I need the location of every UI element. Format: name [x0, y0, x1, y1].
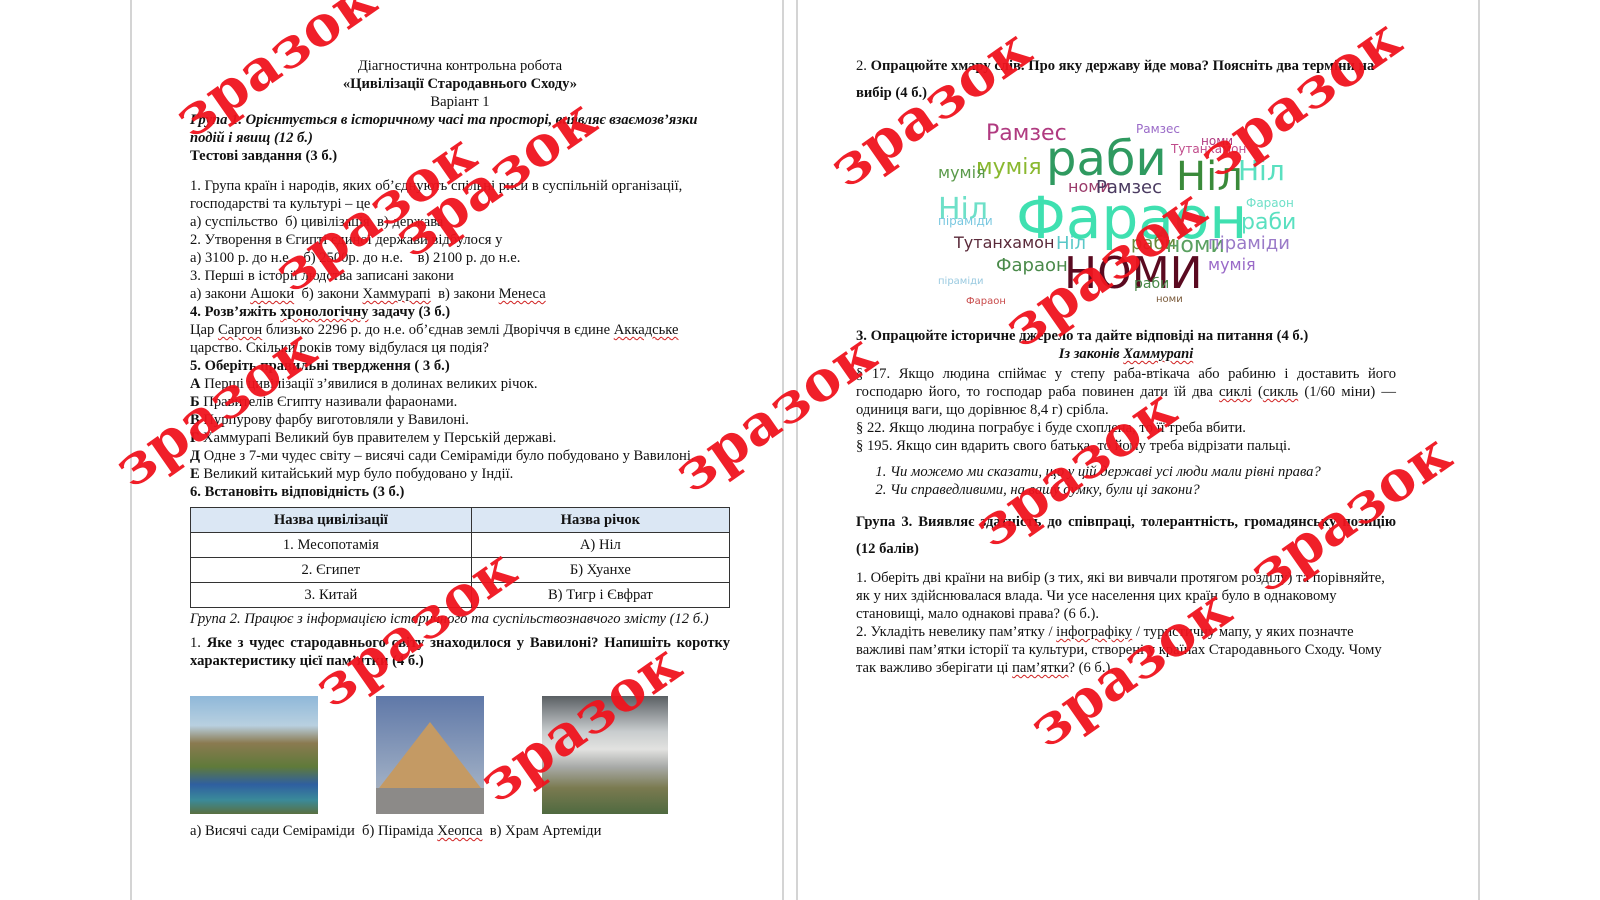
word-cloud-word: Ніл	[1238, 157, 1285, 185]
q4-text-a: Цар	[190, 322, 218, 338]
word-cloud-word: мумія	[976, 157, 1042, 179]
q4-text-b: близько 2296 р. до н.е. об’єднав землі Д…	[262, 322, 614, 338]
statement-text: Одне з 7-ми чудес світу – висячі сади Се…	[200, 448, 695, 464]
word-cloud-word: Ніл	[1056, 235, 1086, 253]
q3-option-b: Хаммурапі	[363, 286, 431, 302]
g3-q2-a: 2. Укладіть невелику пам’ятку /	[856, 624, 1056, 640]
g3-q2-c: ? (6 б.).	[1069, 660, 1115, 676]
law-17: § 17. Якщо людина спіймає у степу раба-в…	[856, 365, 1396, 419]
q3-text: 3. Перші в історії людства записані зако…	[190, 267, 730, 285]
wonders-images	[190, 696, 730, 816]
word-cloud-word: піраміди	[938, 277, 984, 287]
doc-variant: Варіант 1	[190, 93, 730, 111]
statement-letter: В	[190, 412, 200, 428]
q4-word-sargon: Саргон	[218, 322, 262, 338]
q4-text-c: царство. Скільки років тому відбулася ця…	[190, 340, 489, 356]
table-cell: А) Ніл	[471, 533, 729, 558]
doc-title-line1: Діагностична контрольна робота	[190, 57, 730, 75]
table-row: 2. Єгипет Б) Хуанхе	[191, 558, 730, 583]
table-header-civilization: Назва цивілізації	[191, 508, 472, 533]
g3-q1: 1. Оберіть дві країни на вибір (з тих, я…	[856, 569, 1396, 623]
q5-statement: Д Одне з 7-ми чудес світу – висячі сади …	[190, 447, 730, 465]
p2-q2-num: 2.	[856, 58, 871, 74]
source-title-prefix: Із законів	[1059, 346, 1123, 362]
q5-statement: Б Правителів Єгипту називали фараонами.	[190, 393, 730, 411]
law-22: § 22. Якщо людина пограбує і буде схопле…	[856, 419, 1396, 437]
statement-text: Пурпурову фарбу виготовляли у Вавилоні.	[200, 412, 469, 428]
q2-text: 2. Утворення в Єгипті єдиної держави від…	[190, 231, 730, 249]
word-cloud-word: раби	[1134, 277, 1169, 291]
statement-text: Великий китайський мур було побудовано у…	[200, 466, 514, 482]
word-cloud-word: Фараон	[966, 297, 1006, 307]
q4-text: Цар Саргон близько 2296 р. до н.е. об’єд…	[190, 321, 730, 357]
g3-q2: 2. Укладіть невелику пам’ятку / інфограф…	[856, 623, 1396, 677]
p2-q3-heading: 3. Опрацюйте історичне джерело та дайте …	[856, 327, 1396, 345]
group3-heading: Група 3. Виявляє здатність до співпраці,…	[856, 509, 1396, 563]
table-header-rivers: Назва річок	[471, 508, 729, 533]
statement-letter: Б	[190, 394, 200, 410]
word-cloud-word: Тутанхамон	[954, 235, 1054, 251]
table-row: 1. Месопотамія А) Ніл	[191, 533, 730, 558]
statement-text: Перші цивілізації з’явилися в долинах ве…	[201, 376, 538, 392]
source-title: Із законів Хаммурапі	[856, 345, 1396, 363]
images-captions: а) Висячі сади Семіраміди б) Піраміда Хе…	[190, 822, 730, 840]
law17-b: (	[1252, 384, 1263, 400]
table-cell: 2. Єгипет	[191, 558, 472, 583]
law17-word1: сиклі	[1219, 384, 1252, 400]
q4-heading-prefix: 4. Розв’яжіть	[190, 304, 280, 320]
q1-options: а) суспільство б) цивілізація в) держава	[190, 213, 730, 231]
q3-options: а) закони Ашоки б) закони Хаммурапі в) з…	[190, 285, 730, 303]
q3-option-c: Менеса	[499, 286, 546, 302]
q5-heading: 5. Оберіть правильні твердження ( 3 б.)	[190, 357, 730, 375]
q5-statements: А Перші цивілізації з’явилися в долинах …	[190, 375, 730, 483]
word-cloud-word: Ніл	[1176, 157, 1243, 197]
caption-b: в) Храм Артеміди	[482, 823, 601, 839]
q2-options: а) 3100 р. до н.е. б) 2500р. до н.е. в) …	[190, 249, 730, 267]
word-cloud-word: мумія	[1208, 257, 1256, 273]
q5-statement: В Пурпурову фарбу виготовляли у Вавилоні…	[190, 411, 730, 429]
word-cloud-word: піраміди	[1208, 235, 1290, 253]
source-title-hammurabi: Хаммурапі	[1123, 346, 1193, 362]
hanging-gardens-image	[190, 696, 318, 814]
word-cloud-word: мумія	[938, 165, 986, 181]
caption-a: а) Висячі сади Семіраміди б) Піраміда	[190, 823, 437, 839]
g2-q1: 1. Яке з чудес стародавнього світу знахо…	[190, 634, 730, 670]
word-cloud-word: раби	[1241, 212, 1296, 234]
statement-text: Правителів Єгипту називали фараонами.	[200, 394, 458, 410]
table-cell: 1. Месопотамія	[191, 533, 472, 558]
q5-statement: Г Хаммурапі Великий був правителем у Пер…	[190, 429, 730, 447]
page-2-content: 2. Опрацюйте хмару слів. Про яку державу…	[856, 53, 1396, 677]
tests-heading: Тестові завдання (3 б.)	[190, 147, 730, 165]
word-cloud-word: Рамзес	[1096, 179, 1162, 197]
statement-letter: Е	[190, 466, 200, 482]
temple-artemis-image	[542, 696, 668, 814]
statement-letter: Г	[190, 430, 199, 446]
q3-prefix: а) закони	[190, 286, 250, 302]
source-question: Чи справедливими, на вашу думку, були ці…	[890, 481, 1396, 499]
q1-text: 1. Група країн і народів, яких об’єднуют…	[190, 177, 730, 213]
table-header-row: Назва цивілізації Назва річок	[191, 508, 730, 533]
matching-table: Назва цивілізації Назва річок 1. Месопот…	[190, 507, 730, 608]
table-cell: 3. Китай	[191, 583, 472, 608]
source-questions: Чи можемо ми сказати, що у цій державі у…	[856, 463, 1396, 499]
q3-prefix-b: б) закони	[294, 286, 362, 302]
p2-q2: 2. Опрацюйте хмару слів. Про яку державу…	[856, 53, 1396, 107]
group2-heading: Група 2. Працює з інформацією історичног…	[190, 610, 730, 628]
g3-q2-word2: пам’ятки	[1012, 660, 1068, 676]
law17-word2: сикль	[1263, 384, 1298, 400]
document-page-1: Діагностична контрольна робота «Цивіліза…	[130, 0, 784, 900]
q4-heading-suffix: задачу (3 б.)	[368, 304, 450, 320]
word-cloud-word: Фараон	[1246, 197, 1294, 209]
pyramid-image	[376, 696, 484, 814]
statement-text: Хаммурапі Великий був правителем у Персь…	[199, 430, 556, 446]
statement-letter: Д	[190, 448, 200, 464]
q5-statement: А Перші цивілізації з’явилися в долинах …	[190, 375, 730, 393]
g2-q1-num: 1.	[190, 635, 207, 651]
word-cloud-word: Рамзес	[1136, 123, 1180, 135]
law-195: § 195. Якщо син вдарить свого батька, то…	[856, 437, 1396, 455]
word-cloud-word: Рамзес	[986, 123, 1067, 145]
q4-word-akkad: Аккадське	[614, 322, 679, 338]
q3-option-a: Ашоки	[250, 286, 294, 302]
source-question: Чи можемо ми сказати, що у цій державі у…	[890, 463, 1396, 481]
g2-q1-text: Яке з чудес стародавнього світу знаходил…	[190, 635, 730, 669]
caption-cheops: Хеопса	[437, 823, 482, 839]
word-cloud-word: Тутанхамон	[1171, 143, 1246, 155]
table-cell: Б) Хуанхе	[471, 558, 729, 583]
word-cloud-word: Фараон	[996, 257, 1068, 275]
q5-statement: Е Великий китайський мур було побудовано…	[190, 465, 730, 483]
q6-heading: 6. Встановіть відповідність (3 б.)	[190, 483, 730, 501]
q4-heading: 4. Розв’яжіть хронологічну задачу (3 б.)	[190, 303, 730, 321]
word-cloud: ФараонНОМИрабиНілРамзесмуміяНілномиРамзе…	[856, 117, 1396, 317]
word-cloud-word: номи	[1156, 295, 1183, 305]
page-1-content: Діагностична контрольна робота «Цивіліза…	[190, 57, 730, 840]
statement-letter: А	[190, 376, 201, 392]
q4-heading-word: хронологічну	[280, 304, 368, 320]
table-cell: В) Тигр і Євфрат	[471, 583, 729, 608]
g3-q2-word: інфографіку	[1056, 624, 1132, 640]
document-page-2: 2. Опрацюйте хмару слів. Про яку державу…	[796, 0, 1480, 900]
word-cloud-word: піраміди	[938, 215, 993, 227]
p2-q2-text: Опрацюйте хмару слів. Про яку державу йд…	[856, 58, 1374, 101]
table-row: 3. Китай В) Тигр і Євфрат	[191, 583, 730, 608]
doc-title-line2: «Цивілізації Стародавнього Сходу»	[190, 75, 730, 93]
group1-heading: Група 1. Орієнтується в історичному часі…	[190, 111, 730, 147]
q3-prefix-c: в) закони	[431, 286, 499, 302]
